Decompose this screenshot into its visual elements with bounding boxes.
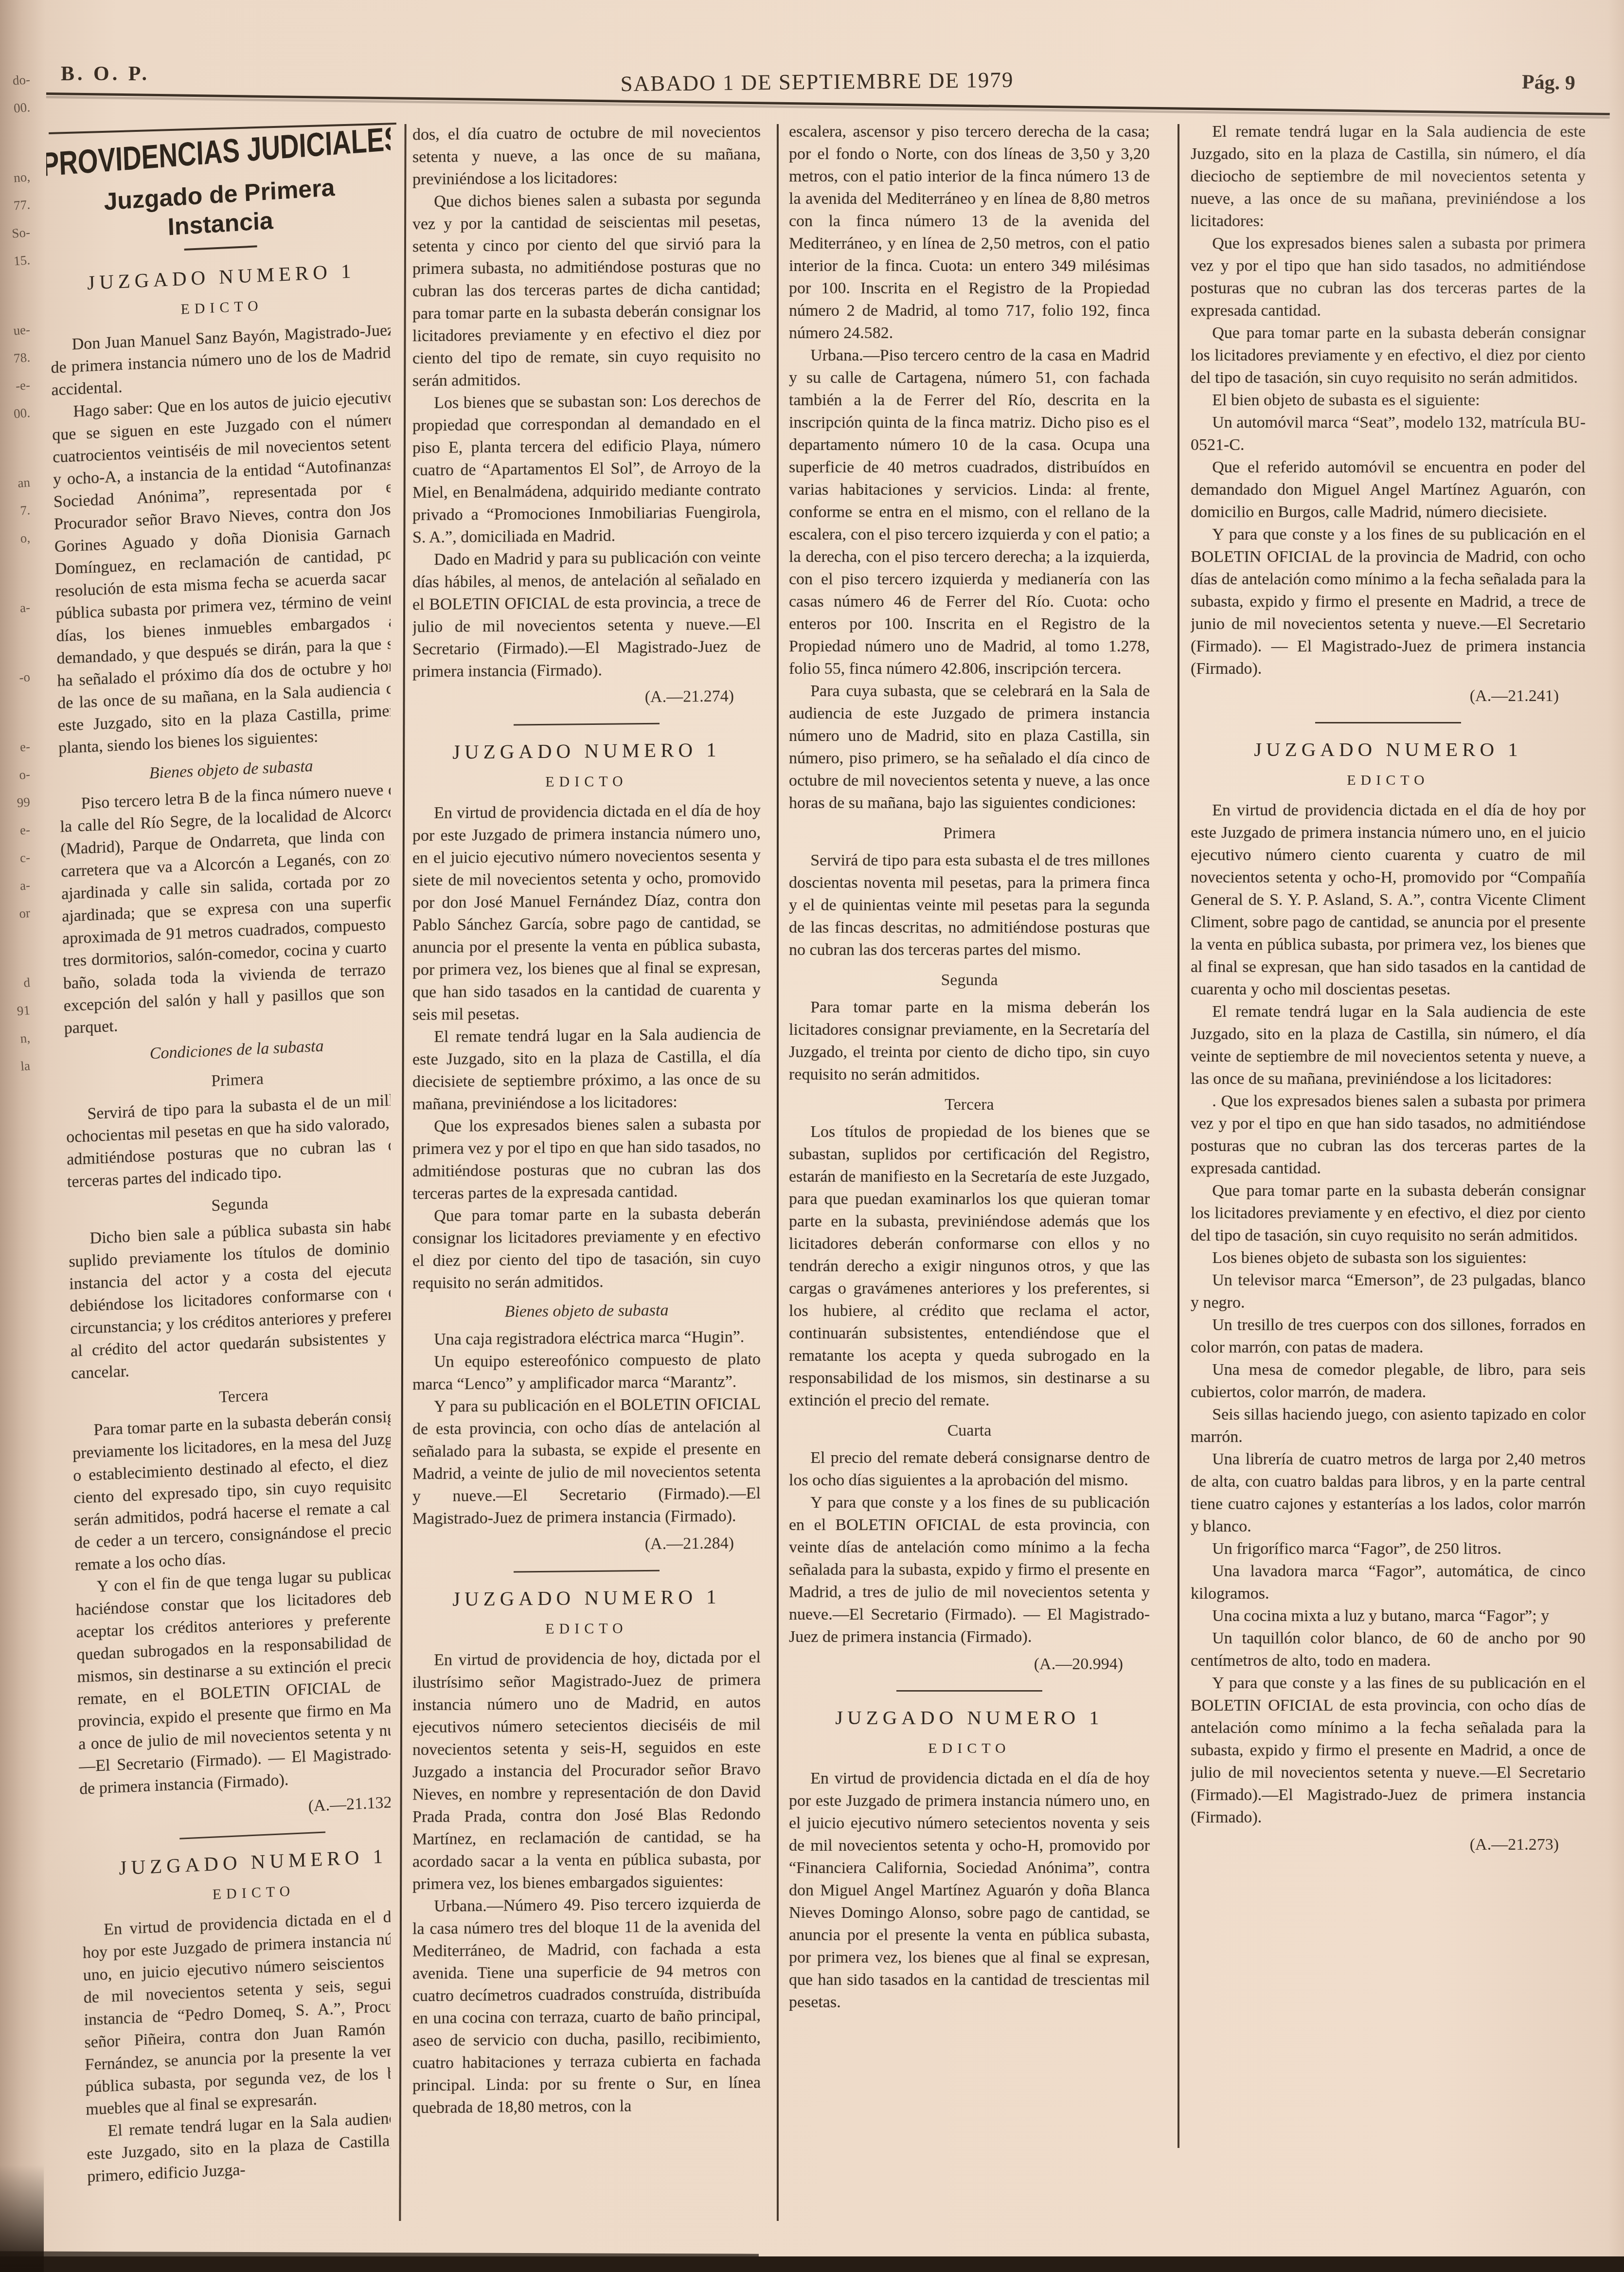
margin-fragment [0, 127, 35, 159]
paragraph: El bien objeto de subasta es el siguient… [1191, 389, 1586, 412]
margin-fragment: 00. [0, 405, 35, 423]
edict-heading: EDICTO [50, 289, 391, 326]
margin-fragment [0, 558, 35, 590]
condition-heading: Segunda [789, 969, 1150, 992]
paragraph: Una lavadora marca “Fagor”, automática, … [1191, 1560, 1586, 1605]
paragraph: Y para que conste y a los fines de su pu… [1191, 523, 1586, 680]
condition-heading: Cuarta [789, 1420, 1150, 1442]
paragraph: Que dichos bienes salen a subasta por se… [412, 188, 761, 392]
paragraph: Una mesa de comedor plegable, de libro, … [1191, 1359, 1586, 1404]
margin-fragment: 15. [0, 252, 35, 270]
paragraph: Que para tomar parte en la subasta deber… [1191, 1180, 1586, 1247]
subhead-italic: Bienes objeto de subasta [412, 1298, 761, 1324]
edict-separator-rule [514, 723, 660, 726]
paragraph: Un frigorífico marca “Fagor”, de 250 lit… [1191, 1538, 1586, 1560]
margin-fragment: or [0, 905, 35, 923]
margin-fragment: e- [0, 822, 35, 840]
paragraph: En virtud de providencia dictada en el d… [1191, 799, 1586, 1001]
paragraph: En virtud de providencia dictada en el d… [412, 799, 761, 1026]
margin-fragment: c- [0, 850, 35, 867]
margin-fragment: la [0, 1058, 35, 1076]
margin-fragment: -o [0, 669, 35, 687]
paragraph: Una librería de cuatro metros de larga p… [1191, 1448, 1586, 1538]
paragraph: Servirá de tipo para la subasta el de un… [66, 1089, 391, 1193]
column-rule-3 [1178, 124, 1179, 2148]
paragraph: . Que los expresados bienes salen a suba… [1191, 1090, 1586, 1180]
edict-separator-rule [896, 1690, 1042, 1692]
paragraph-continuation: escalera, ascensor y piso tercero derech… [789, 121, 1150, 344]
reference-number: (A.—20.994) [789, 1653, 1150, 1676]
paragraph: Un automóvil marca “Seat”, modelo 132, m… [1191, 412, 1586, 456]
paragraph: Un taquillón color blanco, de 60 de anch… [1191, 1627, 1586, 1672]
paragraph: Servirá de tipo para esta subasta el de … [789, 849, 1150, 961]
paragraph: En virtud de providencia de hoy, dictada… [412, 1646, 761, 1895]
margin-fragment: 99 [0, 794, 35, 812]
paragraph: En virtud de providencia dictada en el d… [789, 1767, 1150, 2014]
paragraph: Los títulos de propiedad de los bienes q… [789, 1121, 1150, 1412]
margin-fragment [0, 433, 35, 465]
margin-fragment: o, [0, 530, 35, 548]
text-column-4: El remate tendrá lugar en la Sala audien… [1191, 121, 1586, 2259]
paragraph: Dado en Madrid y para su publicación con… [412, 546, 761, 683]
subtitle-dash-rule [184, 245, 257, 251]
text-column-2: dos, el día cuatro de octubre de mil nov… [412, 121, 761, 2259]
paragraph: Que los expresados bienes salen a subast… [1191, 233, 1586, 322]
paragraph: Y para su publicación en el BOLETIN OFIC… [412, 1393, 761, 1530]
edict-heading: EDICTO [789, 1737, 1150, 1760]
paragraph: Una caja registradora eléctrica marca “H… [412, 1326, 761, 1351]
margin-fragment: o- [0, 767, 35, 784]
paragraph: Hago saber: Que en los autos de juicio e… [52, 386, 391, 759]
margin-fragment: no, [0, 169, 35, 187]
column-rule-2 [777, 124, 779, 2221]
court-heading: JUZGADO NUMERO 1 [412, 1585, 761, 1610]
bottom-edge-shadow [0, 2256, 1624, 2272]
edict-separator-rule [1315, 722, 1461, 723]
margin-fragment: an [0, 475, 35, 492]
margin-fragment: a- [0, 878, 35, 895]
edict-heading: EDICTO [1191, 769, 1586, 792]
column-rule-1 [399, 124, 406, 2221]
paragraph: Que los expresados bienes salen a subast… [412, 1113, 761, 1205]
margin-fragment [0, 280, 35, 312]
paragraph: Que para tomar parte en la subasta deber… [1191, 322, 1586, 389]
margin-fragment: ue- [0, 322, 35, 340]
margin-fragment: 78. [0, 350, 35, 367]
margin-fragment: 77. [0, 197, 35, 215]
paragraph: Y para que conste y a las fines de su pu… [1191, 1672, 1586, 1829]
section-subtitle: Juzgado de Primera Instancia [66, 170, 374, 248]
margin-fragment: a- [0, 600, 35, 617]
margin-fragment: -e- [0, 378, 35, 395]
paragraph: Un tresillo de tres cuerpos con dos sill… [1191, 1314, 1586, 1359]
margin-fragment: 91 [0, 1003, 35, 1020]
court-heading: JUZGADO NUMERO 1 [1191, 738, 1586, 760]
margin-fragment: d [0, 975, 35, 992]
bottom-left-corner-shadow [0, 2165, 44, 2272]
reference-number: (A.—21.274) [412, 685, 761, 710]
newspaper-page-scan: B. O. P. SABADO 1 DE SEPTIEMBRE DE 1979 … [0, 0, 1624, 2272]
margin-fragment: n, [0, 1030, 35, 1048]
court-heading: JUZGADO NUMERO 1 [789, 1706, 1150, 1729]
margin-fragment: So- [0, 225, 35, 242]
paragraph-continuation: dos, el día cuatro de octubre de mil nov… [412, 121, 761, 191]
paragraph: Que para tomar parte en la subasta deber… [412, 1202, 761, 1295]
paragraph: Para cuya subasta, que se celebrará en l… [789, 680, 1150, 814]
masthead-date: SABADO 1 DE SEPTIEMBRE DE 1979 [550, 66, 1085, 97]
margin-fragment: 00. [0, 100, 35, 117]
paragraph: Para tomar parte en la subasta deberán c… [72, 1405, 391, 1576]
edict-separator-rule [179, 1831, 325, 1839]
paragraph: Que el referido automóvil se encuentra e… [1191, 456, 1586, 523]
margin-fragment [0, 933, 35, 965]
paragraph: El remate tendrá lugar en la Sala audien… [1191, 1001, 1586, 1090]
margin-fragment: e- [0, 739, 35, 757]
section-title: PROVIDENCIAS JUDICIALES [46, 125, 391, 180]
fold-margin-fragments: do-00.no,77.So-15.ue-78.-e-00.an7.o,a--o… [0, 73, 34, 1533]
margin-fragment [0, 697, 35, 729]
paragraph: Un equipo estereofónico compuesto de pla… [412, 1348, 761, 1396]
masthead-abbrev: B. O. P. [61, 62, 150, 86]
condition-heading: Tercera [789, 1094, 1150, 1116]
paragraph: Seis sillas haciendo juego, con asiento … [1191, 1404, 1586, 1448]
margin-fragment: do- [0, 72, 35, 90]
text-column-1: PROVIDENCIAS JUDICIALESJuzgado de Primer… [46, 121, 391, 2259]
paragraph: Los bienes objeto de subasta son los sig… [1191, 1247, 1586, 1269]
paragraph: El remate tendrá lugar en la Sala audien… [1191, 121, 1586, 233]
paragraph: Dicho bien sale a pública subasta sin ha… [68, 1213, 391, 1385]
paragraph: Urbana.—Número 49. Piso tercero izquierd… [412, 1893, 761, 2119]
court-heading: JUZGADO NUMERO 1 [412, 738, 761, 763]
paragraph: Y con el fin de que tenga lugar su publi… [75, 1561, 391, 1800]
court-heading: JUZGADO NUMERO 1 [49, 258, 391, 295]
edict-separator-rule [514, 1570, 660, 1573]
masthead-page-number: Pág. 9 [1522, 71, 1576, 95]
paragraph: El precio del remate deberá consignarse … [789, 1447, 1150, 1492]
paragraph: Un televisor marca “Emerson”, de 23 pulg… [1191, 1269, 1586, 1314]
header-rule [46, 92, 1610, 115]
paragraph: Y para que conste y a los fines de su pu… [789, 1492, 1150, 1648]
paragraph: Los bienes que se subastan son: Los dere… [412, 389, 761, 549]
court-heading: JUZGADO NUMERO 1 [81, 1843, 391, 1881]
edict-heading: EDICTO [412, 769, 761, 794]
condition-heading: Primera [789, 822, 1150, 845]
paragraph: Para tomar parte en la misma deberán los… [789, 996, 1150, 1086]
reference-number: (A.—21.284) [412, 1532, 761, 1557]
paragraph: Piso tercero letra B de la finca número … [59, 778, 391, 1040]
edict-heading: EDICTO [412, 1616, 761, 1641]
paragraph: El remate tendrá lugar en la Sala audien… [412, 1023, 761, 1116]
reference-number: (A.—21.241) [1191, 685, 1586, 707]
paragraph: Una cocina mixta a luz y butano, marca “… [1191, 1605, 1586, 1627]
margin-fragment [0, 628, 35, 659]
edict-heading: EDICTO [81, 1874, 391, 1912]
paragraph: Urbana.—Piso tercero centro de la casa e… [789, 344, 1150, 680]
paragraph: En virtud de providencia dictada en el d… [82, 1904, 391, 2121]
margin-fragment: 7. [0, 503, 35, 520]
reference-number: (A.—21.273) [1191, 1834, 1586, 1856]
text-column-3: escalera, ascensor y piso tercero derech… [789, 121, 1150, 2259]
